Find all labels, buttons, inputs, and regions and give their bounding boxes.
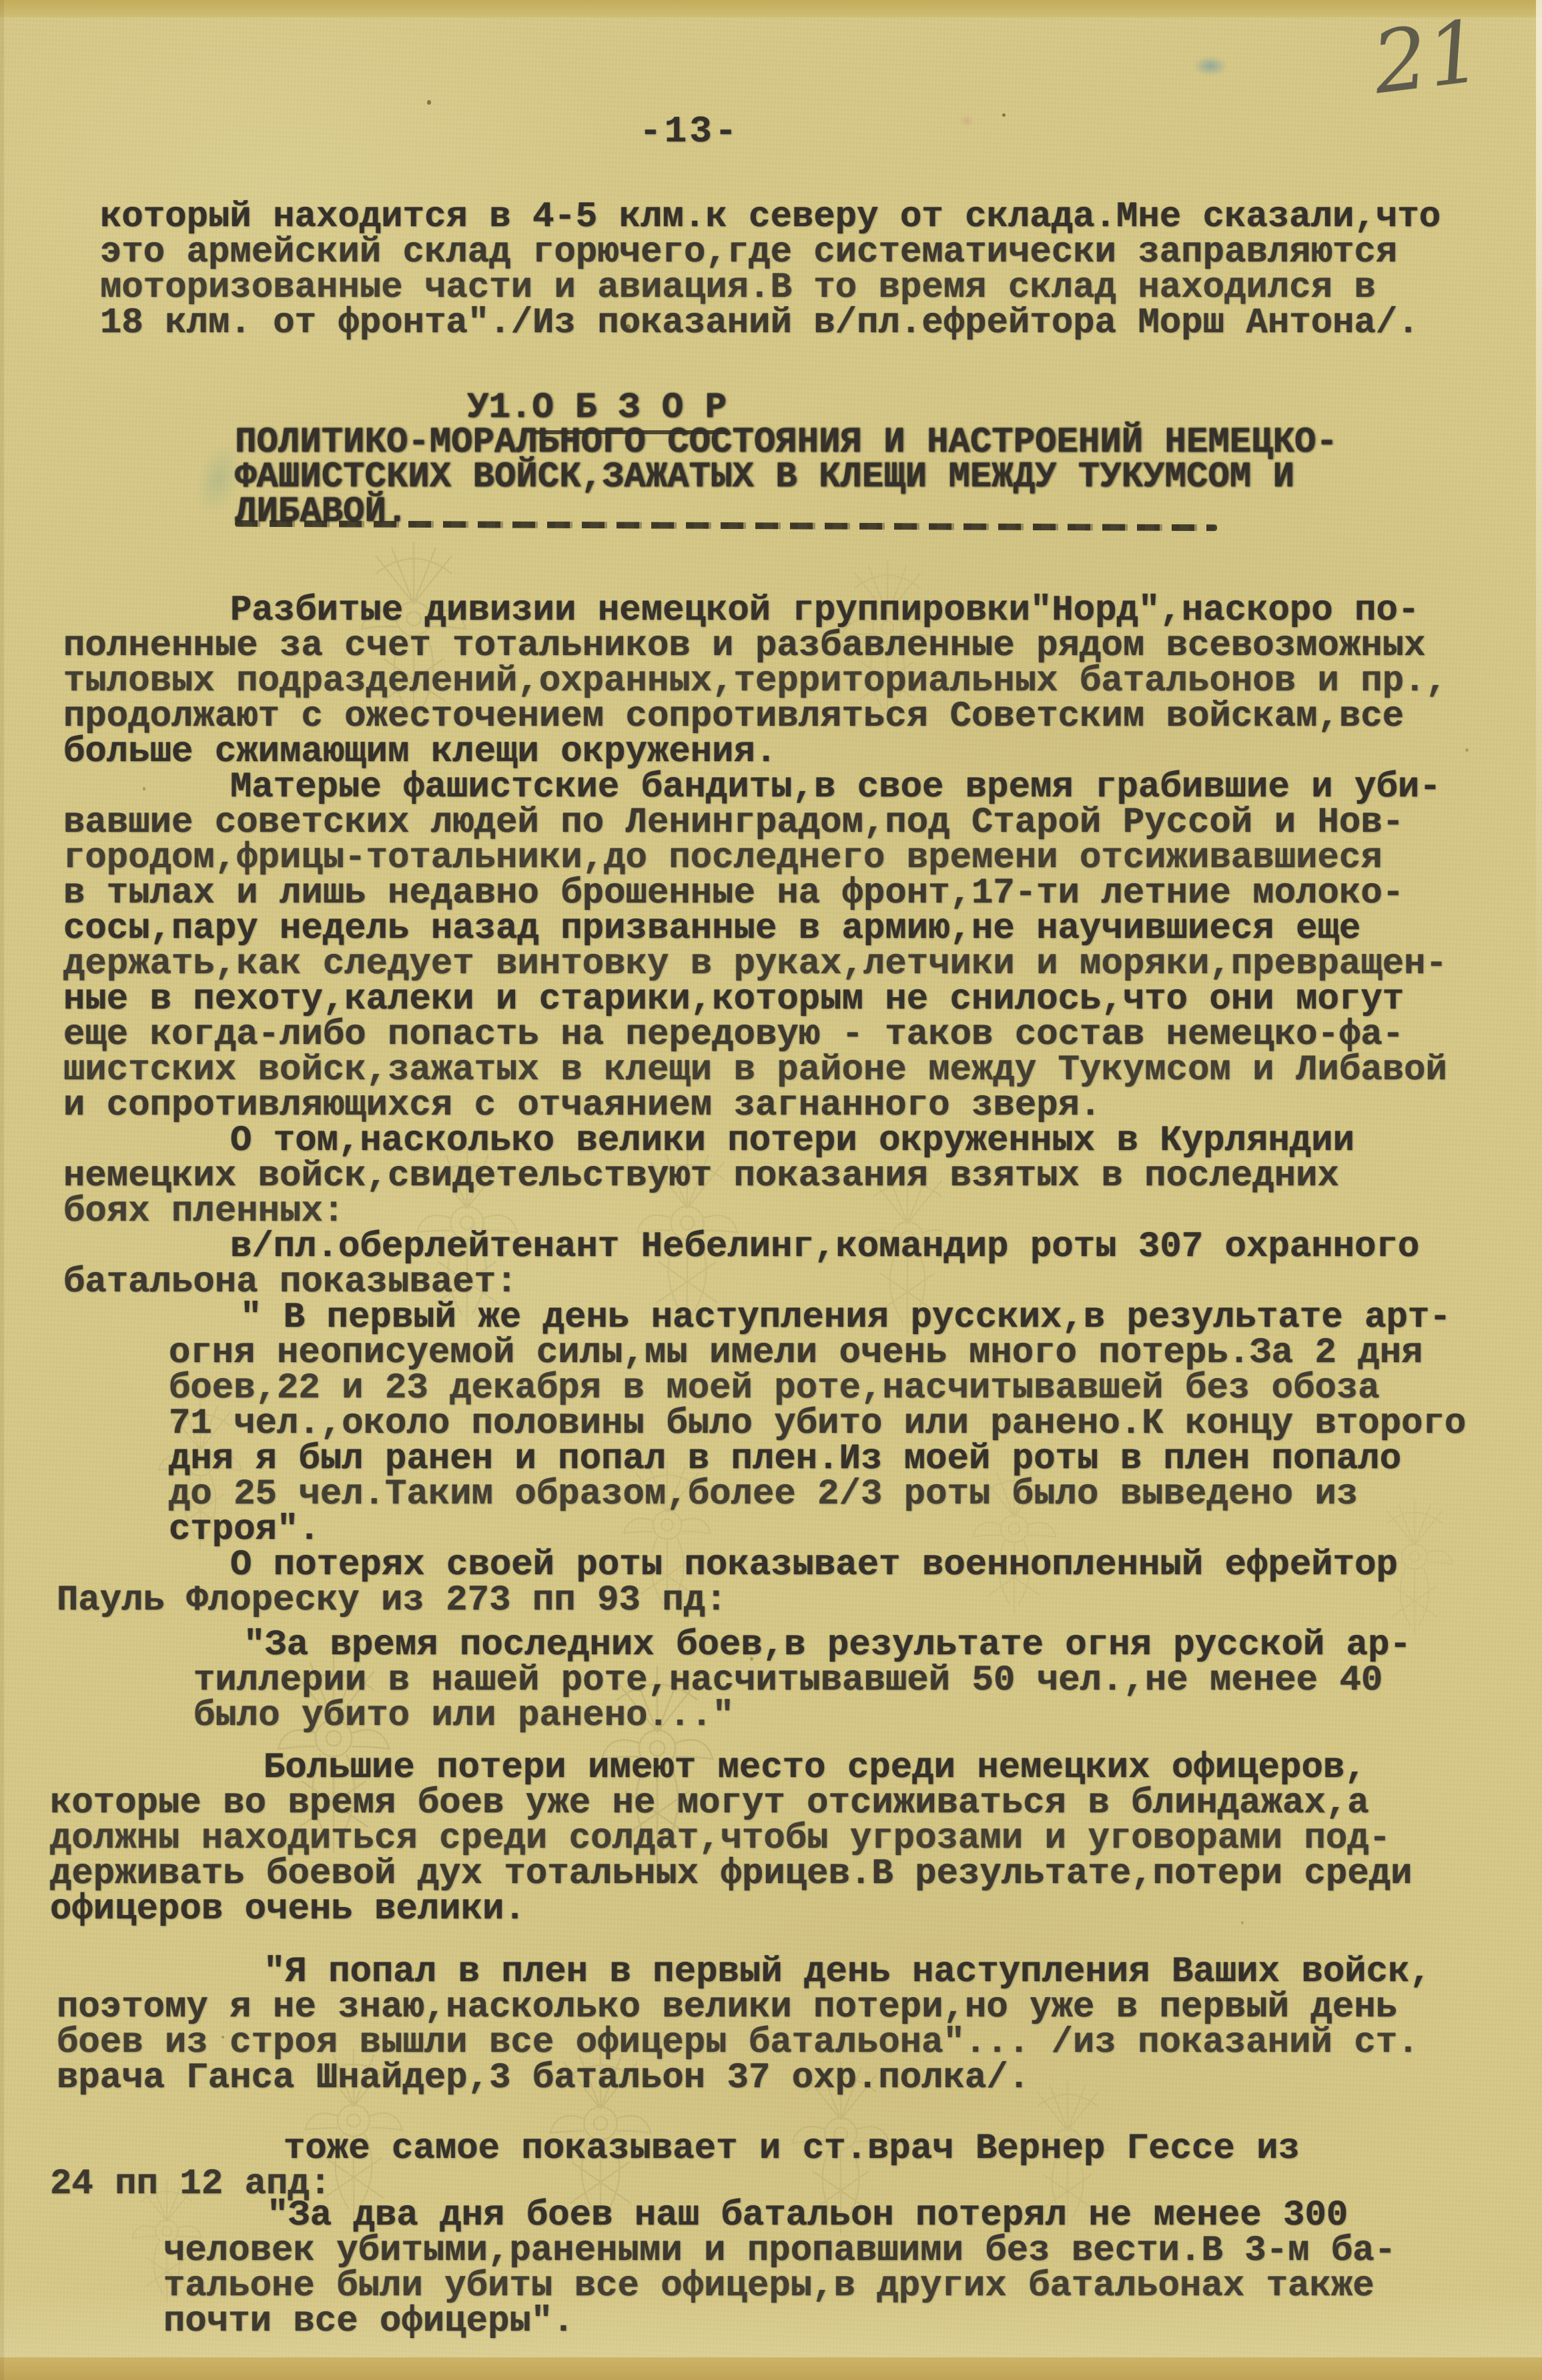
text-line: Матерые фашистские бандиты,в свое время … [63,770,1447,805]
intro-quote-paragraph: который находится в 4-5 клм.к северу от … [100,199,1441,341]
text-line: О том,насколько велики потери окруженных… [63,1123,1355,1159]
paragraph-nebeling-intro: в/пл.оберлейтенант Небелинг,командир рот… [63,1229,1419,1300]
text-line: которые во время боев уже не могут отсиж… [50,1786,1413,1821]
text-line: это армейский склад горючего,где система… [100,235,1441,270]
text-line: ные в пехоту,калеки и старики,которым не… [63,982,1447,1017]
text-line: почти все офицеры". [163,2304,1396,2339]
text-line: дня я был ранен и попал в плен.Из моей р… [169,1441,1466,1477]
text-line: боев из строя вышли все офицеры батальон… [57,2025,1431,2060]
blue-ink-smudge [1193,56,1228,76]
text-line: и сопротивляющихся с отчаянием загнанног… [63,1088,1447,1123]
text-line: строя". [169,1512,1466,1548]
section-subtitle-line: ПОЛИТИКО-МОРАЛЬНОГО СОСТОЯНИЯ И НАСТРОЕН… [235,426,1338,460]
page-number: -13- [639,113,739,149]
text-line: городом,фрицы-тотальники,до последнего в… [63,840,1447,876]
text-line: тиллерии в нашей роте,насчитывавшей 50 ч… [194,1663,1411,1698]
text-line: "Я попал в плен в первый день наступлени… [57,1954,1431,1990]
paper-right-edge [1536,0,1542,1067]
paper-bottom-edge [0,2357,1542,2380]
document-page: -13- 21 который находится в 4-5 клм.к се… [0,0,1542,2380]
text-line: моторизованные части и авиация.В то врем… [100,270,1441,306]
text-line: тыловых подразделений,охранных,территори… [63,664,1447,699]
paper-top-edge [0,0,1542,17]
text-line: человек убитыми,ранеными и пропавшими бе… [163,2233,1396,2269]
text-line: поэтому я не знаю,насколько велики потер… [57,1990,1431,2025]
text-line: больше сжимающим клещи окружения. [63,734,1447,770]
quotation-hesse: "За два дня боев наш батальон потерял не… [163,2198,1396,2339]
paper-speck [427,100,431,105]
text-line: еще когда-либо попасть на передовую - та… [63,1017,1447,1053]
text-line: должны находиться среди солдат,чтобы угр… [50,1821,1413,1856]
text-line: тальоне были убиты все офицеры,в других … [163,2269,1396,2304]
text-line: шистских войск,зажатых в клещи в районе … [63,1053,1447,1088]
quotation-schneider: "Я попал в плен в первый день наступлени… [57,1954,1431,2096]
text-line: 71 чел.,около половины было убито или ра… [169,1406,1466,1441]
section-heading: У1.О Б З О Р ПОЛИТИКО-МОРАЛЬНОГО СОСТОЯН… [235,391,1338,530]
quotation-nebeling: " В первый же день наступления русских,в… [169,1300,1466,1548]
text-line: врача Ганса Шнайдер,3 батальон 37 охр.по… [57,2060,1431,2096]
text-line: 18 клм. от фронта"./Из показаний в/пл.еф… [100,306,1441,341]
paragraph-losses-intro: О том,насколько велики потери окруженных… [63,1123,1355,1229]
section-title-line: У1.О Б З О Р [235,391,1338,426]
text-line: Большие потери имеют место среди немецки… [50,1750,1413,1786]
paragraph-floresku-intro: О потерях своей роты показывает военнопл… [57,1548,1398,1618]
text-line: до 25 чел.Таким образом,более 2/3 роты б… [169,1477,1466,1512]
text-line: боев,22 и 23 декабря в моей роте,насчиты… [169,1371,1466,1406]
text-line: О потерях своей роты показывает военнопл… [57,1548,1398,1583]
text-line: держивать боевой дух тотальных фрицев.В … [50,1856,1413,1892]
section-subtitle-line: ФАШИСТСКИХ ВОЙСК,ЗАЖАТЫХ В КЛЕЩИ МЕЖДУ Т… [235,460,1338,495]
text-line: Пауль Флореску из 273 пп 93 пд: [57,1583,1398,1618]
text-line: " В первый же день наступления русских,в… [169,1300,1466,1335]
paper-speck [1465,748,1469,752]
text-line: тоже самое показывает и ст.врач Вернер Г… [50,2131,1300,2167]
text-line: который находится в 4-5 клм.к северу от … [100,199,1441,235]
text-line: вавшие советских людей по Ленинградом,по… [63,805,1447,840]
paragraph-divisions: Разбитые дивизии немецкой группировки"Но… [63,593,1447,770]
text-line: в/пл.оберлейтенант Небелинг,командир рот… [63,1229,1419,1265]
text-line: было убито или ранено..." [194,1698,1411,1734]
paper-left-edge [0,0,4,2380]
text-line: в тылах и лишь недавно брошенные на фрон… [63,876,1447,911]
text-line: Разбитые дивизии немецкой группировки"Но… [63,593,1447,628]
text-line: полненные за счет тотальников и разбавле… [63,628,1447,664]
text-line: офицеров очень велики. [50,1892,1413,1927]
text-line: немецких войск,свидетельствуют показания… [63,1159,1355,1194]
text-line: держать,как следует винтовку в руках,лет… [63,947,1447,982]
quotation-floresku: "За время последних боев,в результате ог… [194,1628,1411,1734]
text-line: "За два дня боев наш батальон потерял не… [163,2198,1396,2233]
paragraph-hesse-intro: тоже самое показывает и ст.врач Вернер Г… [50,2131,1300,2202]
paragraph-bandits: Матерые фашистские бандиты,в свое время … [63,770,1447,1123]
pink-smudge [959,115,974,127]
text-line: боях пленных: [63,1194,1355,1229]
paragraph-officers: Большие потери имеют место среди немецки… [50,1750,1413,1927]
handwritten-page-number: 21 [1369,9,1487,108]
text-line: батальона показывает: [63,1265,1419,1300]
text-line: сосы,пару недель назад призванные в арми… [63,911,1447,947]
text-line: "За время последних боев,в результате ог… [194,1628,1411,1663]
text-line: продолжают с ожесточением сопротивляться… [63,699,1447,734]
paper-speck [1002,113,1006,117]
text-line: огня неописуемой силы,мы имели очень мно… [169,1335,1466,1371]
